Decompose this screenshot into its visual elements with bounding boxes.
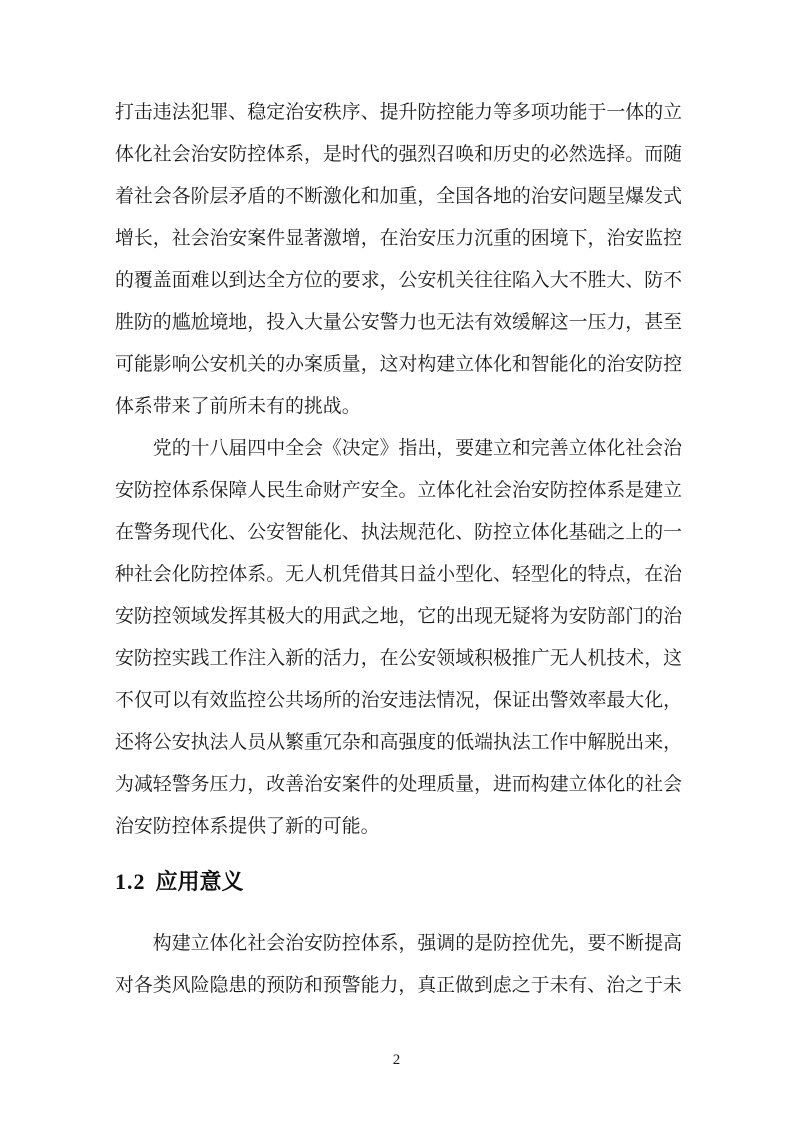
document-body: 打击违法犯罪、稳定治安秩序、提升防控能力等多项功能于一体的立体化社会治安防控体系… xyxy=(115,92,682,1007)
page-number: 2 xyxy=(393,1052,401,1068)
paragraph-continuation: 打击违法犯罪、稳定治安秩序、提升防控能力等多项功能于一体的立体化社会治安防控体系… xyxy=(115,92,682,428)
paragraph: 构建立体化社会治安防控体系，强调的是防控优先，要不断提高对各类风险隐患的预防和预… xyxy=(115,923,682,1007)
document-page: 打击违法犯罪、稳定治安秩序、提升防控能力等多项功能于一体的立体化社会治安防控体系… xyxy=(0,0,793,1122)
section-heading: 1.2应用意义 xyxy=(115,866,682,898)
section-heading-title: 应用意义 xyxy=(156,869,244,894)
page-footer: 2 xyxy=(0,1051,793,1069)
section-heading-number: 1.2 xyxy=(115,869,146,894)
paragraph: 党的十八届四中全会《决定》指出，要建立和完善立体化社会治安防控体系保障人民生命财… xyxy=(115,428,682,848)
